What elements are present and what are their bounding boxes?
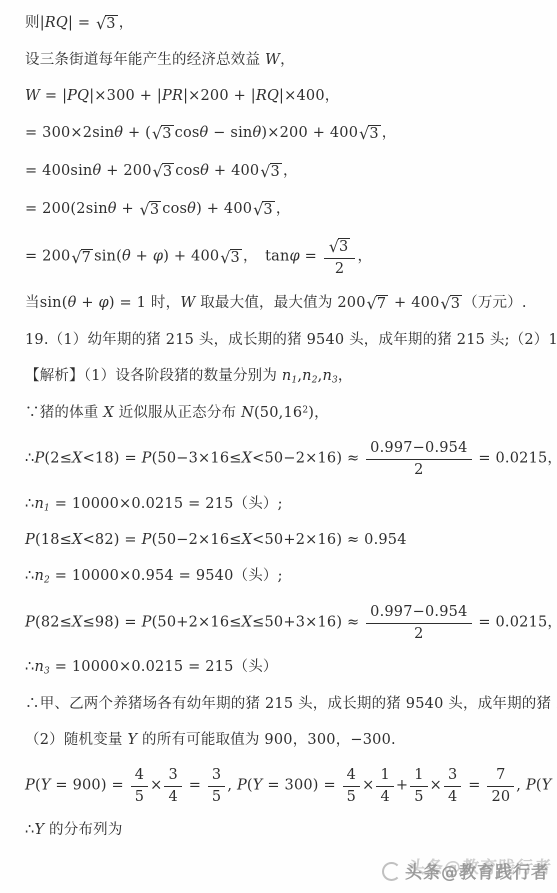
radical: √3 bbox=[96, 12, 118, 35]
radical: √3 bbox=[153, 160, 175, 183]
fraction: 34 bbox=[444, 766, 461, 805]
formula-line: ∴n3 = 10000×0.0215 = 215（头） bbox=[25, 657, 551, 679]
formula-line: ∴甲、乙两个养猪场各有幼年期的猪 215 头，成长期的猪 9540 头，成年期的… bbox=[25, 694, 551, 715]
fraction: 15 bbox=[410, 766, 427, 805]
formula-line: 【解析】（1）设各阶段猪的数量分别为 n1,n2,n3， bbox=[25, 366, 551, 388]
formula-line: = 400sinθ + 200√3cosθ + 400√3， bbox=[25, 160, 551, 183]
fraction: 0.997−0.9542 bbox=[366, 603, 471, 642]
formula-line: 19.（1）幼年期的猪 215 头，成长期的猪 9540 头，成年期的猪 215… bbox=[25, 330, 551, 351]
document-body: 则|RQ| = √3，设三条街道每年能产生的经济总效益 W，W = |PQ|×3… bbox=[25, 12, 551, 841]
watermark-logo-icon bbox=[382, 862, 401, 881]
formula-line: = 200(2sinθ + √3cosθ) + 400√3， bbox=[25, 198, 551, 221]
radical: √3 bbox=[329, 237, 351, 256]
fraction: 14 bbox=[376, 766, 393, 805]
formula-line: P(18≤X<82) = P(50−2×16≤X<50+2×16) ≈ 0.95… bbox=[25, 530, 551, 551]
fraction: 35 bbox=[208, 766, 225, 805]
radical: √7 bbox=[367, 292, 389, 315]
formula-line: P(82≤X≤98) = P(50+2×16≤X≤50+3×16) ≈ 0.99… bbox=[25, 603, 551, 642]
formula-line: 设三条街道每年能产生的经济总效益 W， bbox=[25, 50, 551, 71]
fraction: 45 bbox=[343, 766, 360, 805]
fraction: 34 bbox=[164, 766, 181, 805]
formula-line: ∵猪的体重 X 近似服从正态分布 N(50,162)， bbox=[25, 403, 551, 424]
fraction: 45 bbox=[131, 766, 148, 805]
fraction: 0.997−0.9542 bbox=[366, 439, 471, 478]
formula-line: ∴P(2≤X<18) = P(50−3×16≤X<50−2×16) ≈ 0.99… bbox=[25, 439, 551, 478]
radical: √3 bbox=[152, 122, 174, 145]
formula-line: 则|RQ| = √3， bbox=[25, 12, 551, 35]
fraction: √32 bbox=[324, 236, 356, 277]
fraction: 720 bbox=[487, 766, 514, 805]
radical: √3 bbox=[140, 198, 162, 221]
formula-line: P(Y = 900) = 45×34 = 35, P(Y = 300) = 45… bbox=[25, 766, 551, 805]
formula-line: ∴Y 的分布列为 bbox=[25, 820, 551, 841]
watermark-ghost-text: 头条@教育践行者 bbox=[407, 853, 553, 878]
radical: √7 bbox=[71, 246, 93, 269]
formula-line: （2）随机变量 Y 的所有可能取值为 900，300，−300. bbox=[25, 730, 551, 751]
formula-line: = 200√7sin(θ + φ) + 400√3， tanφ = √32， bbox=[25, 236, 551, 277]
radical: √3 bbox=[260, 160, 282, 183]
radical: √3 bbox=[441, 292, 463, 315]
radical: √3 bbox=[220, 246, 242, 269]
watermark: 头条@教育践行者头条@教育践行者 bbox=[382, 858, 549, 883]
radical: √3 bbox=[253, 198, 275, 221]
formula-line: 当sin(θ + φ) = 1 时，W 取最大值，最大值为 200√7 + 40… bbox=[25, 292, 551, 315]
formula-line: W = |PQ|×300 + |PR|×200 + |RQ|×400， bbox=[25, 86, 551, 107]
radical: √3 bbox=[359, 122, 381, 145]
formula-line: = 300×2sinθ + (√3cosθ − sinθ)×200 + 400√… bbox=[25, 122, 551, 145]
formula-line: ∴n1 = 10000×0.0215 = 215（头）; bbox=[25, 494, 551, 516]
page: 则|RQ| = √3，设三条街道每年能产生的经济总效益 W，W = |PQ|×3… bbox=[0, 0, 557, 893]
formula-line: ∴n2 = 10000×0.954 = 9540（头）; bbox=[25, 566, 551, 588]
